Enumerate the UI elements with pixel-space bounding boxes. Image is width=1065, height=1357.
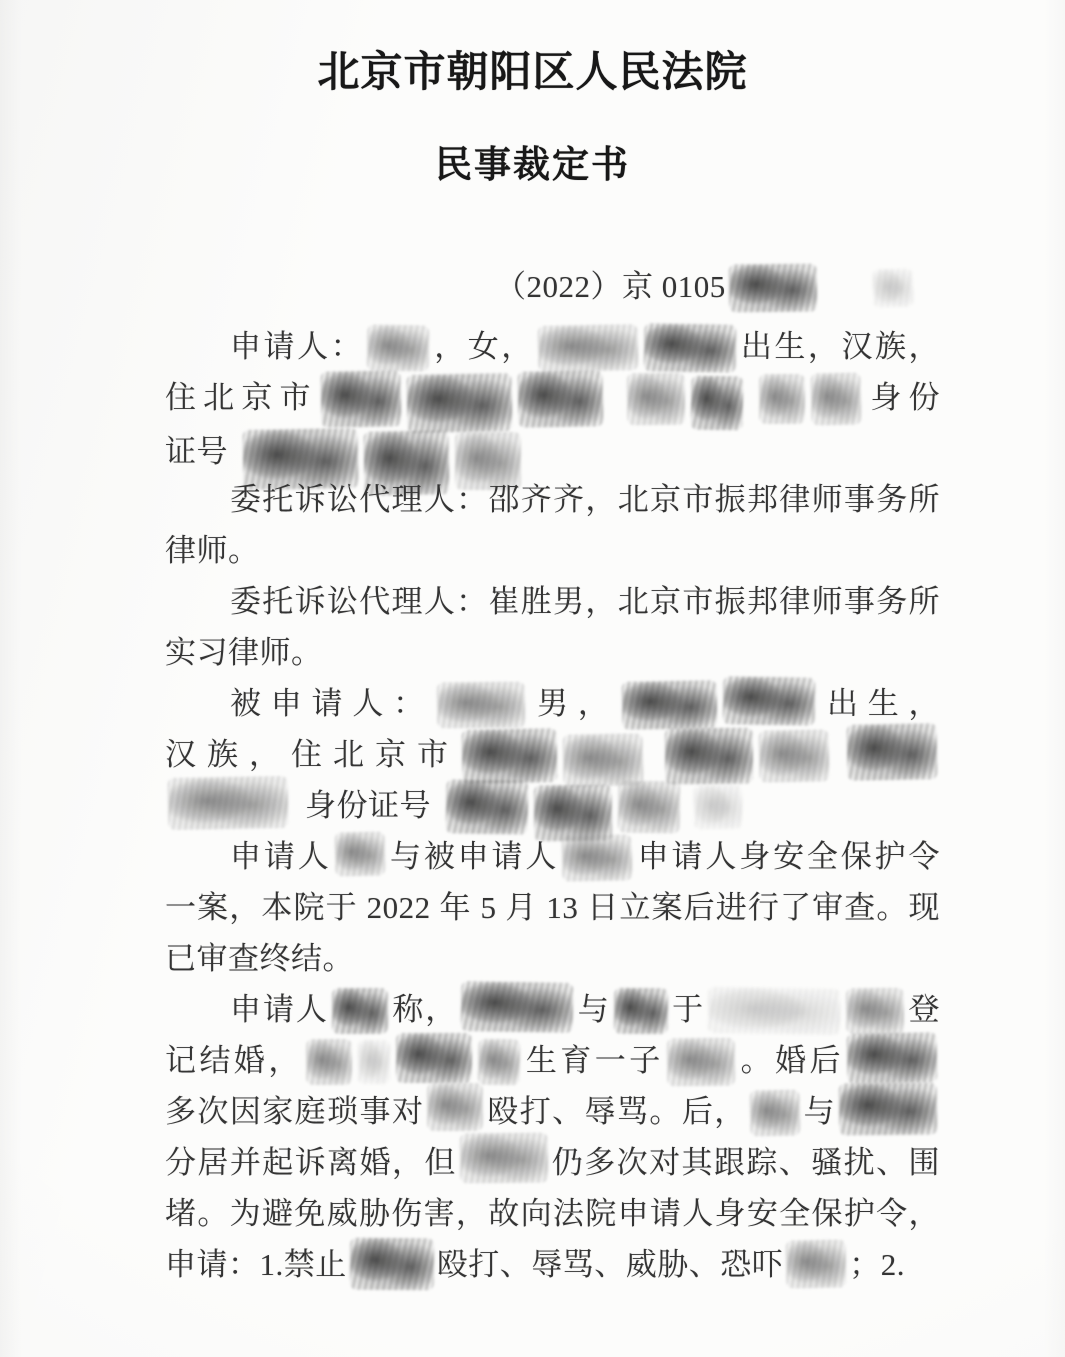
text-run: 殴打、辱骂。后， [486, 1094, 746, 1129]
text-run: 申请人 [230, 992, 329, 1027]
redaction-smudge [427, 1083, 483, 1131]
doc-line-19: 堵。为避免威胁伤害，故向法院申请人身安全保护令， [165, 1188, 940, 1239]
redaction-smudge [722, 676, 815, 726]
spacer [228, 458, 240, 462]
redaction-smudge [786, 1239, 847, 1288]
spacer [746, 404, 756, 408]
text-run: 申请人身安全保护令 [635, 839, 940, 874]
doc-line-20: 申请：1.禁止殴打、辱骂、威胁、恐吓；2. [165, 1239, 940, 1290]
redaction-smudge [626, 373, 684, 426]
doc-line-1: （2022）京 0105 [165, 261, 940, 315]
text-run: 生育一子 [523, 1043, 664, 1078]
redaction-smudge [517, 370, 603, 427]
text-run: 堵。为避免威胁伤害，故向法院申请人身安全保护令， [165, 1196, 940, 1231]
redaction-smudge [613, 988, 667, 1034]
spacer [431, 812, 443, 816]
text-run: 分居并起诉离婚，但 [165, 1145, 457, 1180]
redaction-smudge [666, 1038, 734, 1087]
redaction-smudge [618, 780, 681, 833]
redaction-smudge [839, 1082, 937, 1135]
text-run: 汉族，住北京市 [165, 737, 459, 772]
redaction-smudge [367, 324, 430, 371]
redaction-smudge [846, 988, 904, 1035]
redaction-smudge [759, 729, 830, 782]
redaction-smudge [847, 1032, 938, 1084]
redaction-smudge [396, 1033, 472, 1083]
spacer [683, 812, 691, 816]
redaction-smudge [621, 680, 717, 730]
doc-line-6: 律师。 [165, 525, 940, 576]
redaction-smudge [537, 324, 638, 372]
text-run: 出生， [818, 686, 940, 721]
text-run: 殴打、辱骂、威胁、恐吓 [437, 1247, 784, 1282]
redaction-smudge [357, 1040, 390, 1085]
text-run: 身份证号 [305, 788, 431, 823]
text-run: 男， [528, 686, 619, 721]
redaction-smudge [562, 834, 633, 881]
text-run: ；2. [849, 1247, 905, 1282]
document-type-title: 民事裁定书 [0, 141, 1065, 191]
text-run: 记结婚， [165, 1043, 303, 1078]
redaction-smudge [749, 1089, 800, 1136]
spacer [291, 812, 305, 816]
text-run: 申请人 [230, 839, 332, 874]
redaction-smudge [168, 776, 289, 830]
text-run: 委托诉讼代理人：崔胜男，北京市振邦律师事务所 [230, 584, 940, 619]
redaction-smudge [306, 1039, 352, 1085]
text-run: 与被申请人 [388, 839, 560, 874]
redaction-smudge [332, 988, 388, 1034]
redaction-smudge [810, 373, 861, 426]
text-run: 已审查终结。 [165, 941, 354, 976]
text-run: 申请人： [230, 329, 364, 364]
redaction-smudge [334, 831, 385, 876]
doc-line-16: 记结婚，生育一子。婚后 [165, 1035, 940, 1086]
text-run: 出生，汉族， [739, 329, 940, 364]
text-run: 申请：1.禁止 [165, 1247, 347, 1282]
text-run: 称， [391, 992, 458, 1027]
redaction-smudge [461, 981, 574, 1033]
redaction-smudge [665, 728, 753, 785]
doc-line-15: 申请人称，与于登 [165, 984, 940, 1035]
redaction-smudge [320, 370, 401, 427]
spacer [832, 761, 844, 765]
text-run: 委托诉讼代理人：邵齐齐，北京市振邦律师事务所 [230, 482, 940, 517]
redaction-smudge [437, 682, 525, 729]
redaction-smudge [759, 374, 805, 424]
text-run: 多次因家庭琐事对 [165, 1094, 424, 1129]
text-run: 。婚后 [738, 1043, 844, 1078]
spacer [820, 293, 870, 297]
doc-line-13: 一案，本院于 2022 年 5 月 13 日立案后进行了审查。现 [165, 882, 940, 933]
court-name: 北京市朝阳区人民法院 [0, 0, 1065, 101]
text-run: 身份 [864, 380, 940, 415]
redaction-smudge [350, 1238, 434, 1291]
doc-line-4: 证号 [165, 423, 940, 474]
redaction-smudge [462, 728, 558, 784]
doc-line-12: 申请人与被申请人申请人身安全保护令 [165, 831, 940, 882]
spacer [646, 761, 662, 765]
doc-line-7: 委托诉讼代理人：崔胜男，北京市振邦律师事务所 [165, 576, 940, 627]
doc-line-3: 住北京市身份 [165, 372, 940, 423]
doc-line-10: 汉族，住北京市 [165, 729, 940, 780]
text-run: 登 [907, 992, 940, 1027]
redaction-smudge [563, 733, 644, 786]
redaction-smudge [694, 785, 742, 829]
text-run: （2022）京 0105 [495, 269, 726, 304]
text-run: 于 [671, 992, 705, 1027]
text-run: 被申请人： [230, 686, 434, 721]
text-run: 律师。 [165, 533, 260, 568]
document-page: 北京市朝阳区人民法院 民事裁定书 （2022）京 0105申请人：，女，出生，汉… [0, 0, 1065, 1357]
spacer [606, 404, 624, 408]
doc-line-5: 委托诉讼代理人：邵齐齐，北京市振邦律师事务所 [165, 474, 940, 525]
doc-line-11: 身份证号 [165, 780, 940, 831]
text-run: 住北京市 [165, 380, 318, 415]
text-run: 与 [576, 992, 610, 1027]
doc-line-18: 分居并起诉离婚，但仍多次对其跟踪、骚扰、围 [165, 1137, 940, 1188]
document-body: （2022）京 0105申请人：，女，出生，汉族，住北京市身份证号委托诉讼代理人… [0, 261, 1065, 1290]
redaction-smudge [708, 987, 841, 1035]
doc-line-17: 多次因家庭琐事对殴打、辱骂。后，与 [165, 1086, 940, 1137]
doc-line-9: 被申请人：男，出生， [165, 678, 940, 729]
redaction-smudge [872, 269, 913, 308]
redaction-smudge [643, 323, 736, 373]
doc-line-2: 申请人：，女，出生，汉族， [165, 321, 940, 372]
text-run: 实习律师。 [165, 635, 323, 670]
redaction-smudge [446, 779, 529, 834]
redaction-smudge [729, 264, 817, 313]
redaction-smudge [460, 1133, 548, 1184]
redaction-smudge [477, 1039, 520, 1086]
doc-line-14: 已审查终结。 [165, 933, 940, 984]
redaction-smudge [847, 723, 938, 781]
text-run: 一案，本院于 2022 年 5 月 13 日立案后进行了审查。现 [165, 890, 940, 925]
text-run: 证号 [165, 434, 228, 469]
doc-line-8: 实习律师。 [165, 627, 940, 678]
text-run: 仍多次对其跟踪、骚扰、围 [551, 1145, 940, 1180]
text-run: ，女， [432, 329, 535, 364]
text-run: 与 [803, 1094, 836, 1129]
